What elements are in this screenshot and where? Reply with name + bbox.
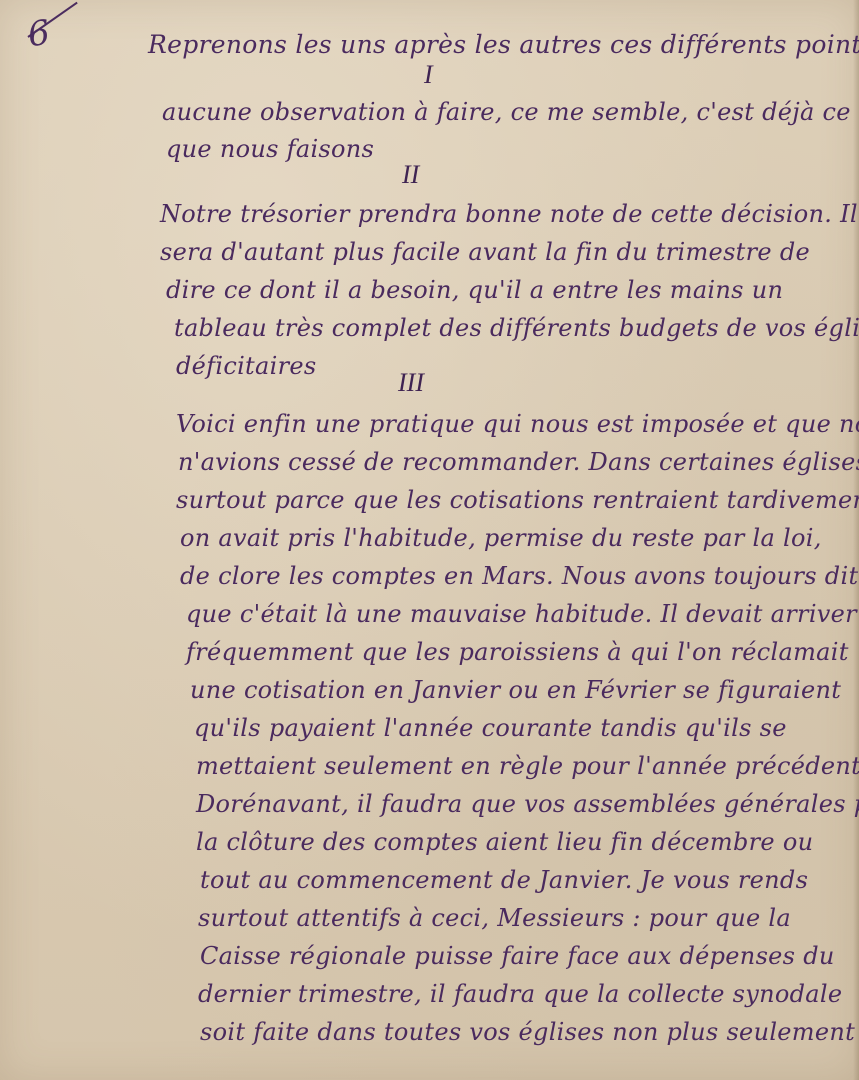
section-numeral-3: III <box>398 368 424 398</box>
text-line: Voici enfin une pratique qui nous est im… <box>176 410 859 438</box>
section-numeral-1: I <box>424 60 433 90</box>
text-line: tout au commencement de Janvier. Je vous… <box>200 866 808 894</box>
text-line: surtout parce que les cotisations rentra… <box>176 486 859 514</box>
text-line: dernier trimestre, il faudra que la coll… <box>198 980 842 1008</box>
text-line: Caisse régionale puisse faire face aux d… <box>200 942 835 970</box>
page-edge-shadow <box>853 0 859 1080</box>
text-line: tableau très complet des différents budg… <box>174 314 859 342</box>
text-line: de clore les comptes en Mars. Nous avons… <box>180 562 858 590</box>
text-line: sera d'autant plus facile avant la fin d… <box>160 238 810 266</box>
text-line: une cotisation en Janvier ou en Février … <box>190 676 841 704</box>
text-line: fréquemment que les paroissiens à qui l'… <box>186 638 849 666</box>
text-line: Dorénavant, il faudra que vos assemblées… <box>196 790 859 818</box>
text-line: Notre trésorier prendra bonne note de ce… <box>160 200 859 228</box>
text-line: qu'ils payaient l'année courante tandis … <box>194 714 787 742</box>
text-line: aucune observation à faire, ce me semble… <box>162 98 851 126</box>
manuscript-page: 6 Reprenons les uns après les autres ces… <box>0 0 859 1080</box>
text-line: la clôture des comptes aient lieu fin dé… <box>196 828 813 856</box>
text-line: soit faite dans toutes vos églises non p… <box>200 1018 855 1046</box>
text-line: on avait pris l'habitude, permise du res… <box>180 524 822 552</box>
text-line: que nous faisons <box>166 135 374 163</box>
text-line: surtout attentifs à ceci, Messieurs : po… <box>198 904 791 932</box>
text-line: que c'était là une mauvaise habitude. Il… <box>186 600 857 628</box>
text-line: dire ce dont il a besoin, qu'il a entre … <box>166 276 783 304</box>
intro-line: Reprenons les uns après les autres ces d… <box>148 30 859 59</box>
text-line: mettaient seulement en règle pour l'anné… <box>196 752 859 780</box>
text-line: déficitaires <box>176 352 316 380</box>
text-line: n'avions cessé de recommander. Dans cert… <box>178 448 859 476</box>
section-numeral-2: II <box>402 160 419 190</box>
